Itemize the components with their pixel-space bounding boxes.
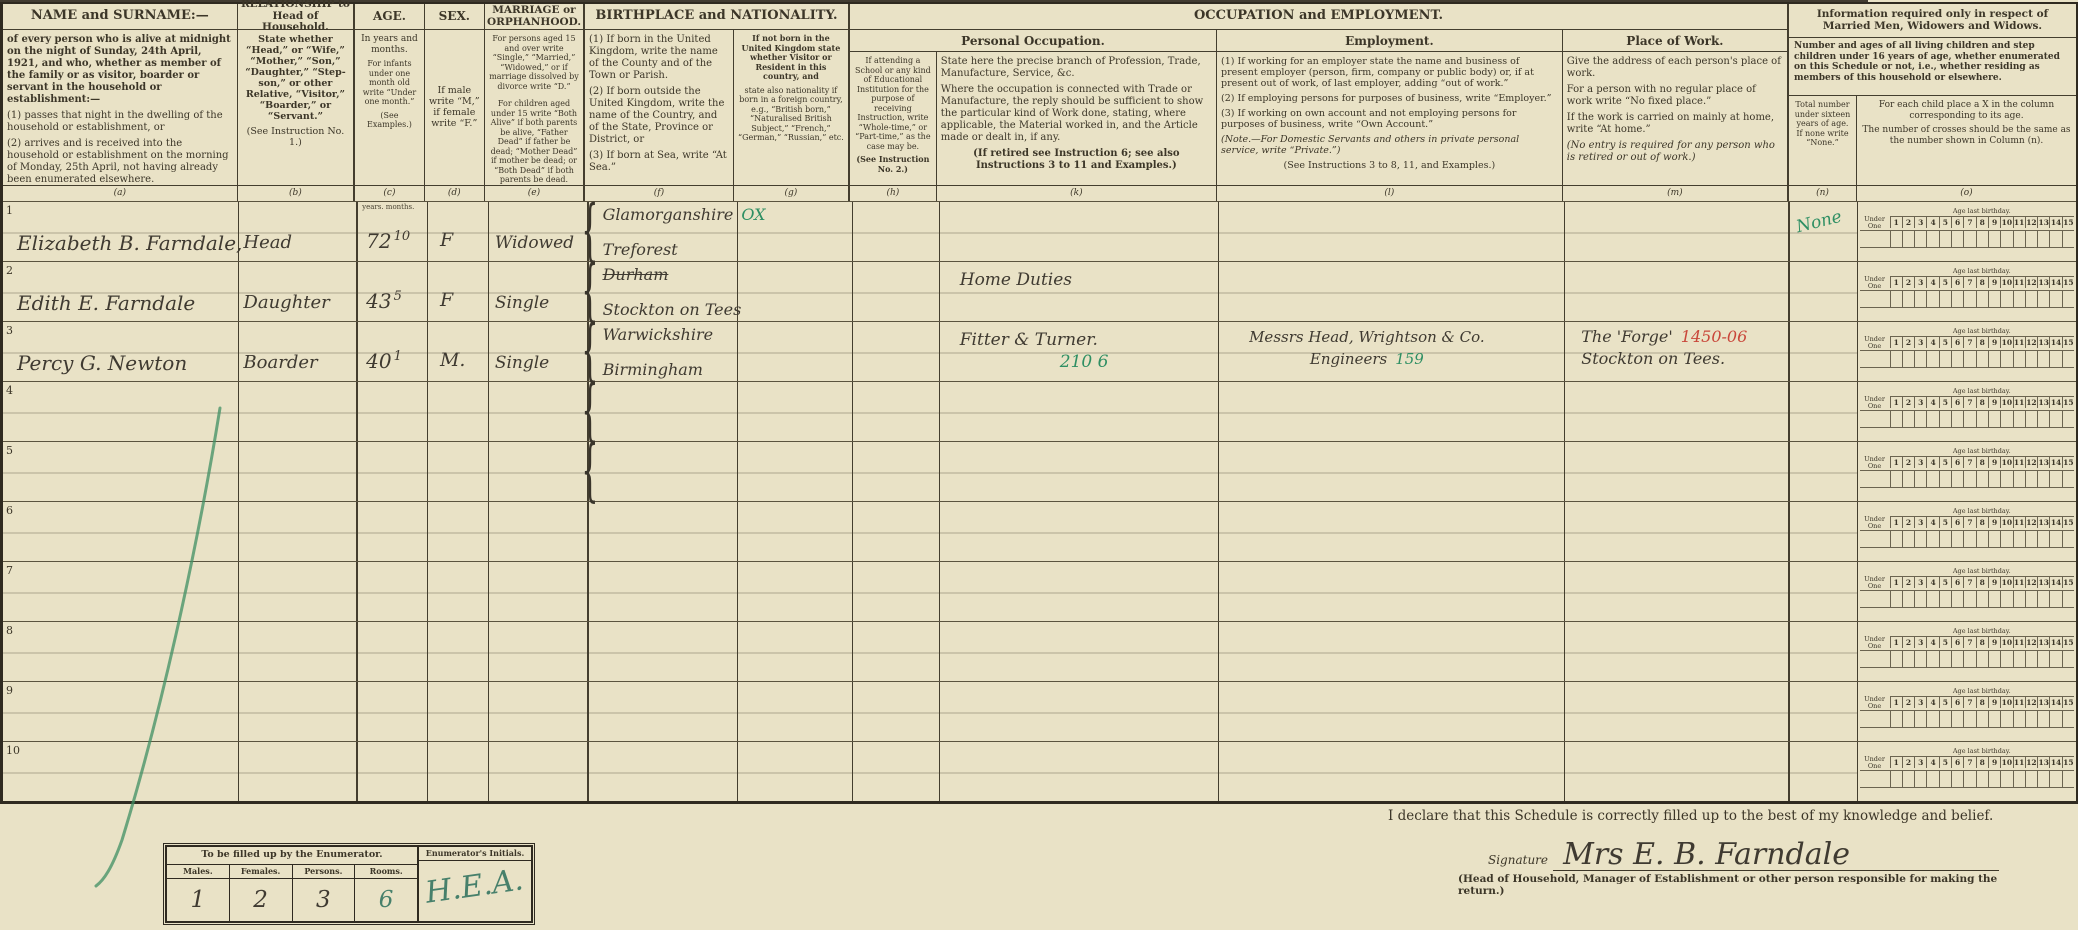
relationship-cell	[239, 502, 358, 561]
employment-cell	[1219, 262, 1565, 321]
age-grid-cell	[2062, 771, 2074, 787]
age-grid: Under OneAge last birthday.1234567891011…	[1860, 388, 2074, 428]
age-grid-cell	[1988, 531, 2000, 547]
employment-lines	[1249, 206, 1257, 228]
age-number: 4	[1926, 757, 1938, 768]
age-grid-cell	[1902, 651, 1914, 667]
age-number: 5	[1939, 697, 1951, 708]
employment-lines	[1249, 686, 1257, 708]
age-grid-cell	[1902, 531, 1914, 547]
age-entry: 7210	[366, 229, 410, 253]
age-grid-cell	[2013, 531, 2025, 547]
children-total-cell	[1790, 322, 1858, 381]
header-col-children-total: Total number under sixteen years of age.…	[1789, 96, 1857, 201]
children-group-subtitle: Number and ages of all living children a…	[1794, 41, 2060, 83]
age-grid-cell	[1890, 411, 1902, 427]
age-grid-numbers: 123456789101112131415	[1890, 636, 2074, 648]
age-grid-cell	[1976, 231, 1988, 247]
age-grid-cell	[2013, 411, 2025, 427]
name-cell: 2Edith E. Farndale	[3, 262, 239, 321]
nationality-cell	[738, 682, 853, 741]
education-cell	[853, 262, 940, 321]
education-cell	[853, 202, 940, 261]
age-number: 7	[1963, 397, 1975, 408]
age-number: 10	[2000, 457, 2012, 468]
place-of-work-cell	[1565, 202, 1789, 261]
age-number: 15	[2062, 337, 2074, 348]
age-grid-header: Under OneAge last birthday.1234567891011…	[1860, 568, 2074, 590]
marriage-entry: Single	[495, 353, 549, 373]
header-group-occupation: OCCUPATION and EMPLOYMENT. Personal Occu…	[850, 4, 1789, 201]
age-number: 14	[2049, 337, 2061, 348]
age-grid-cell	[1963, 351, 1975, 367]
nationality-cell	[738, 262, 853, 321]
age-entry: 435	[366, 289, 402, 313]
age-last-birthday-label: Age last birthday.	[1890, 328, 2074, 335]
employment-line2	[1249, 206, 1257, 228]
age-number: 3	[1914, 217, 1926, 228]
age-grid-cell	[2037, 591, 2049, 607]
birthplace-lines	[603, 565, 611, 619]
under-one-label: Under One	[1860, 328, 1890, 350]
age-grid-numbers-area: Age last birthday.123456789101112131415	[1890, 748, 2074, 770]
age-grid-cell	[2037, 771, 2049, 787]
age-number: 1	[1890, 277, 1902, 288]
age-grid-empty-cells	[1860, 470, 2074, 488]
nationality-cell	[738, 502, 853, 561]
header-group-birthplace: BIRTHPLACE and NATIONALITY. (1) If born …	[585, 4, 850, 201]
age-grid-empty-cells	[1860, 530, 2074, 548]
age-cell	[358, 382, 428, 441]
age-grid-numbers-area: Age last birthday.123456789101112131415	[1890, 628, 2074, 650]
age-entry	[366, 529, 368, 553]
age-number: 2	[1902, 637, 1914, 648]
col-letter-c: (c)	[355, 185, 423, 201]
age-number: 11	[2013, 637, 2025, 648]
age-grid-empty-cells	[1860, 710, 2074, 728]
age-grid-cell	[1976, 531, 1988, 547]
age-grid-numbers-area: Age last birthday.123456789101112131415	[1890, 568, 2074, 590]
age-grid-cell	[1976, 591, 1988, 607]
occupation-cell	[940, 682, 1219, 741]
col-o-instructions: For each child place a X in the column c…	[1857, 96, 2076, 185]
age-grid-numbers: 123456789101112131415	[1890, 216, 2074, 228]
age-number: 1	[1890, 337, 1902, 348]
age-grid-cell	[1988, 411, 2000, 427]
age-years: 40	[366, 349, 391, 373]
employment-title: Employment.	[1345, 34, 1434, 48]
col-m-instructions: Give the address of each person's place …	[1563, 52, 1787, 185]
age-number: 5	[1939, 577, 1951, 588]
age-number: 3	[1914, 397, 1926, 408]
age-number: 8	[1976, 577, 1988, 588]
age-grid-cell	[2000, 591, 2012, 607]
enumerator-col-rooms: Rooms. 6	[355, 865, 417, 921]
name-cell: 7	[3, 562, 239, 621]
table-row: 5{Under OneAge last birthday.12345678910…	[3, 441, 2076, 501]
age-cell: 435	[358, 262, 428, 321]
footer-band: To be filled up by the Enumerator. Males…	[0, 790, 2078, 930]
sex-entry: F	[440, 289, 453, 311]
age-grid-cell	[2013, 591, 2025, 607]
age-grid-header: Under OneAge last birthday.1234567891011…	[1860, 508, 2074, 530]
enumerator-initials: H.E.A.	[415, 853, 534, 928]
brace-glyph: {	[582, 433, 599, 511]
age-grid-cell	[2049, 531, 2061, 547]
marriage-cell	[489, 442, 589, 501]
age-number: 15	[2062, 217, 2074, 228]
age-number: 5	[1939, 757, 1951, 768]
age-number: 4	[1926, 217, 1938, 228]
birthplace-line1	[603, 445, 611, 464]
age-grid-cell	[1939, 471, 1951, 487]
age-number: 7	[1963, 457, 1975, 468]
age-grid-cell	[2037, 471, 2049, 487]
occupation-code-annotation: 210 6	[1060, 352, 1109, 372]
age-grid-header: Under OneAge last birthday.1234567891011…	[1860, 268, 2074, 290]
age-number: 6	[1951, 277, 1963, 288]
children-group-subtitle-wrap: Number and ages of all living children a…	[1789, 38, 2076, 96]
age-number: 1	[1890, 757, 1902, 768]
relationship-cell	[239, 622, 358, 681]
age-number: 11	[2013, 397, 2025, 408]
age-number: 7	[1963, 577, 1975, 588]
under-one-label: Under One	[1860, 208, 1890, 230]
age-number: 5	[1939, 217, 1951, 228]
age-grid-cell	[1963, 531, 1975, 547]
age-number: 6	[1951, 757, 1963, 768]
relationship-cell	[239, 382, 358, 441]
work-line1	[1581, 206, 1589, 228]
occupation-cell	[940, 562, 1219, 621]
nationality-cell	[738, 322, 853, 381]
age-number: 14	[2049, 577, 2061, 588]
age-number: 14	[2049, 217, 2061, 228]
name-cell: 3Percy G. Newton	[3, 322, 239, 381]
col-letter-l: (l)	[1217, 185, 1562, 201]
col-g-instructions: If not born in the United Kingdom state …	[734, 30, 848, 185]
work-line1	[1581, 566, 1589, 588]
age-grid-cell	[1926, 291, 1938, 307]
enumerator-box-title: To be filled up by the Enumerator.	[167, 847, 417, 865]
age-number: 2	[1902, 757, 1914, 768]
age-number: 6	[1951, 457, 1963, 468]
age-number: 10	[2000, 697, 2012, 708]
age-number: 13	[2037, 217, 2049, 228]
age-grid-cell	[1951, 411, 1963, 427]
declaration-block: I declare that this Schedule is correctl…	[1388, 808, 2008, 897]
header-col-personal-occupation: State here the precise branch of Profess…	[937, 52, 1216, 201]
age-grid-cell	[1951, 651, 1963, 667]
age-grid-cell	[1890, 531, 1902, 547]
birthplace-cell: {DurhamStockton on Tees	[589, 262, 739, 321]
age-grid-cell	[1902, 411, 1914, 427]
age-grid-header: Under OneAge last birthday.1234567891011…	[1860, 688, 2074, 710]
workplace-town: Stockton on Tees.	[1581, 349, 1725, 368]
age-grid-cell	[1951, 291, 1963, 307]
age-entry: 401	[366, 349, 402, 373]
work-line1	[1581, 626, 1589, 648]
col-letter-f: (f)	[585, 185, 733, 201]
signature-caption: (Head of Household, Manager of Establish…	[1458, 873, 2008, 897]
age-grid-cell	[1914, 531, 1926, 547]
age-grid-cell	[1988, 711, 2000, 727]
age-number: 10	[2000, 577, 2012, 588]
marriage-cell	[489, 622, 589, 681]
age-number: 14	[2049, 697, 2061, 708]
name-entry: Elizabeth B. Farndale,	[17, 231, 242, 255]
age-grid-empty-cells	[1860, 590, 2074, 608]
age-grid-cell	[1890, 351, 1902, 367]
age-number: 8	[1976, 397, 1988, 408]
age-grid-cell	[1860, 411, 1890, 427]
birthplace-line1	[603, 505, 611, 524]
employment-cell	[1219, 442, 1565, 501]
age-number: 12	[2025, 697, 2037, 708]
age-grid-cell	[2025, 231, 2037, 247]
age-number: 15	[2062, 277, 2074, 288]
education-cell	[853, 322, 940, 381]
age-grid-cell	[2025, 411, 2037, 427]
age-last-birthday-label: Age last birthday.	[1890, 568, 2074, 575]
age-grid-numbers-area: Age last birthday.123456789101112131415	[1890, 448, 2074, 470]
age-grid-numbers-area: Age last birthday.123456789101112131415	[1890, 688, 2074, 710]
enumerator-col-males: Males. 1	[167, 865, 230, 921]
age-number: 8	[1976, 697, 1988, 708]
age-grid-cell	[1988, 471, 2000, 487]
col-letter-a: (a)	[3, 185, 237, 201]
col-h-instructions: If attending a School or any kind of Edu…	[850, 52, 936, 185]
age-grid-numbers-area: Age last birthday.123456789101112131415	[1890, 328, 2074, 350]
table-header: NAME and SURNAME:— of every person who i…	[3, 4, 2076, 201]
age-number: 12	[2025, 637, 2037, 648]
table-row: 6Under OneAge last birthday.123456789101…	[3, 501, 2076, 561]
employment-line1: Messrs Head, Wrightson & Co.	[1249, 326, 1485, 348]
employment-lines	[1249, 746, 1257, 768]
relationship-cell: Daughter	[239, 262, 358, 321]
name-cell: 6	[3, 502, 239, 561]
age-grid: Under OneAge last birthday.1234567891011…	[1860, 328, 2074, 368]
age-grid-cell	[1976, 291, 1988, 307]
header-col-sex: SEX. If male write “M,” if female write …	[425, 4, 485, 201]
nationality-cell	[738, 202, 853, 261]
age-last-birthday-label: Age last birthday.	[1890, 628, 2074, 635]
age-grid-cell	[1939, 411, 1951, 427]
children-ages-cell: Under OneAge last birthday.1234567891011…	[1858, 202, 2076, 261]
name-cell: 1Elizabeth B. Farndale,	[3, 202, 239, 261]
employer-name: Messrs Head, Wrightson & Co.	[1249, 328, 1485, 346]
age-number: 11	[2013, 757, 2025, 768]
birthplace-cell	[589, 502, 739, 561]
age-grid-cell	[2062, 711, 2074, 727]
birthplace-lines	[603, 625, 611, 679]
age-number: 2	[1902, 217, 1914, 228]
age-number: 4	[1926, 337, 1938, 348]
birthplace-lines: DurhamStockton on Tees	[603, 265, 742, 319]
age-grid-cell	[1914, 471, 1926, 487]
age-grid-cell	[1963, 411, 1975, 427]
nationality-cell	[738, 382, 853, 441]
age-number: 7	[1963, 277, 1975, 288]
census-form-table: NAME and SURNAME:— of every person who i…	[0, 2, 2078, 804]
age-grid-cell	[1963, 711, 1975, 727]
age-grid-cell	[1914, 351, 1926, 367]
age-grid-cell	[2025, 771, 2037, 787]
age-grid: Under OneAge last birthday.1234567891011…	[1860, 268, 2074, 308]
age-grid-cell	[1860, 711, 1890, 727]
col-c-title: AGE.	[373, 10, 406, 23]
age-number: 13	[2037, 637, 2049, 648]
name-cell: 5	[3, 442, 239, 501]
occupation-entry: Fitter & Turner.	[960, 330, 1098, 350]
age-grid-cell	[1988, 771, 2000, 787]
birthplace-group-title: BIRTHPLACE and NATIONALITY.	[595, 9, 837, 23]
children-ages-cell: Under OneAge last birthday.1234567891011…	[1858, 622, 2076, 681]
under-one-label: Under One	[1860, 508, 1890, 530]
row-number: 5	[6, 444, 13, 457]
age-number: 5	[1939, 397, 1951, 408]
age-number: 15	[2062, 757, 2074, 768]
age-grid-cell	[1939, 231, 1951, 247]
header-col-employment: Employment. (1) If working for an employ…	[1217, 30, 1563, 201]
col-letter-n: (n)	[1789, 185, 1856, 201]
age-grid-cell	[1914, 411, 1926, 427]
age-number: 12	[2025, 397, 2037, 408]
age-number: 7	[1963, 697, 1975, 708]
age-grid-cell	[2062, 411, 2074, 427]
age-number: 15	[2062, 457, 2074, 468]
age-number: 2	[1902, 697, 1914, 708]
age-grid-cell	[1976, 711, 1988, 727]
age-grid-numbers: 123456789101112131415	[1890, 456, 2074, 468]
header-subgroup-personal-occupation: Personal Occupation. If attending a Scho…	[850, 30, 1217, 201]
age-grid-header: Under OneAge last birthday.1234567891011…	[1860, 328, 2074, 350]
employment-line2	[1249, 506, 1257, 528]
age-grid-cell	[2000, 351, 2012, 367]
age-grid-cell	[2025, 591, 2037, 607]
age-number: 12	[2025, 277, 2037, 288]
under-one-label: Under One	[1860, 268, 1890, 290]
age-grid-cell	[2062, 471, 2074, 487]
age-number: 9	[1988, 397, 2000, 408]
age-grid-cell	[2013, 471, 2025, 487]
birthplace-town: Stockton on Tees	[603, 301, 742, 319]
age-grid-cell	[1860, 651, 1890, 667]
age-grid-cell	[1963, 471, 1975, 487]
age-number: 4	[1926, 397, 1938, 408]
age-grid-empty-cells	[1860, 410, 2074, 428]
age-grid-cell	[1890, 651, 1902, 667]
age-number: 9	[1988, 277, 2000, 288]
age-number: 6	[1951, 577, 1963, 588]
age-grid-cell	[2000, 411, 2012, 427]
age-number: 14	[2049, 757, 2061, 768]
employment-cell	[1219, 562, 1565, 621]
age-grid-header: Under OneAge last birthday.1234567891011…	[1860, 748, 2074, 770]
age-grid-cell	[2000, 711, 2012, 727]
under-one-label: Under One	[1860, 628, 1890, 650]
age-grid-cell	[2037, 351, 2049, 367]
age-number: 3	[1914, 277, 1926, 288]
age-cell: 401	[358, 322, 428, 381]
age-grid-cell	[1926, 531, 1938, 547]
age-last-birthday-label: Age last birthday.	[1890, 448, 2074, 455]
age-grid-cell	[1902, 771, 1914, 787]
employment-cell	[1219, 682, 1565, 741]
name-entry: Percy G. Newton	[17, 351, 187, 375]
age-number: 15	[2062, 637, 2074, 648]
age-number: 3	[1914, 457, 1926, 468]
under-one-label: Under One	[1860, 448, 1890, 470]
birthplace-town: Birmingham	[603, 361, 721, 379]
age-grid-cell	[1902, 231, 1914, 247]
sex-cell	[428, 502, 489, 561]
birthplace-cell	[589, 682, 739, 741]
under-one-label: Under One	[1860, 568, 1890, 590]
header-col-name: NAME and SURNAME:— of every person who i…	[3, 4, 238, 201]
age-number: 7	[1963, 637, 1975, 648]
row-number: 7	[6, 564, 13, 577]
employment-line2	[1249, 746, 1257, 768]
age-number: 1	[1890, 637, 1902, 648]
age-grid-numbers: 123456789101112131415	[1890, 576, 2074, 588]
age-grid-cell	[1951, 711, 1963, 727]
age-number: 12	[2025, 517, 2037, 528]
age-number: 15	[2062, 697, 2074, 708]
occupation-cell: Fitter & Turner.210 6	[940, 322, 1219, 381]
sex-cell: M.	[428, 322, 489, 381]
age-grid-numbers: 123456789101112131415	[1890, 756, 2074, 768]
age-number: 3	[1914, 337, 1926, 348]
birthplace-lines	[603, 445, 611, 499]
birthplace-cell	[589, 562, 739, 621]
age-grid-cell	[2000, 291, 2012, 307]
age-grid-cell	[1988, 591, 2000, 607]
age-grid-cell	[2049, 471, 2061, 487]
age-grid-cell	[1976, 651, 1988, 667]
col-b-instructions: State whether “Head,” or “Wife,” “Mother…	[238, 30, 354, 185]
place-of-work-lines: The 'Forge'1450-06Stockton on Tees.	[1581, 326, 1747, 370]
age-grid-cell	[2062, 231, 2074, 247]
age-number: 8	[1976, 337, 1988, 348]
age-number: 13	[2037, 277, 2049, 288]
header-col-birthplace: (1) If born in the United Kingdom, write…	[585, 30, 734, 201]
employment-cell	[1219, 502, 1565, 561]
age-grid-cell	[1939, 291, 1951, 307]
employment-lines	[1249, 626, 1257, 648]
col-letter-m: (m)	[1563, 185, 1787, 201]
children-total-cell: None	[1790, 202, 1858, 261]
age-number: 5	[1939, 457, 1951, 468]
col-letter-e: (e)	[485, 185, 583, 201]
age-grid-empty-cells	[1860, 350, 2074, 368]
row-number: 8	[6, 624, 13, 637]
age-number: 15	[2062, 517, 2074, 528]
nationality-cell	[738, 442, 853, 501]
age-number: 7	[1963, 217, 1975, 228]
education-cell	[853, 382, 940, 441]
age-grid-header: Under OneAge last birthday.1234567891011…	[1860, 628, 2074, 650]
age-last-birthday-label: Age last birthday.	[1890, 268, 2074, 275]
age-grid-cell	[2049, 231, 2061, 247]
age-grid-cell	[2062, 591, 2074, 607]
age-number: 14	[2049, 397, 2061, 408]
age-entry	[366, 709, 368, 733]
col-letter-o: (o)	[1857, 185, 2076, 201]
age-grid-cell	[1963, 591, 1975, 607]
employment-lines	[1249, 506, 1257, 528]
age-number: 13	[2037, 457, 2049, 468]
